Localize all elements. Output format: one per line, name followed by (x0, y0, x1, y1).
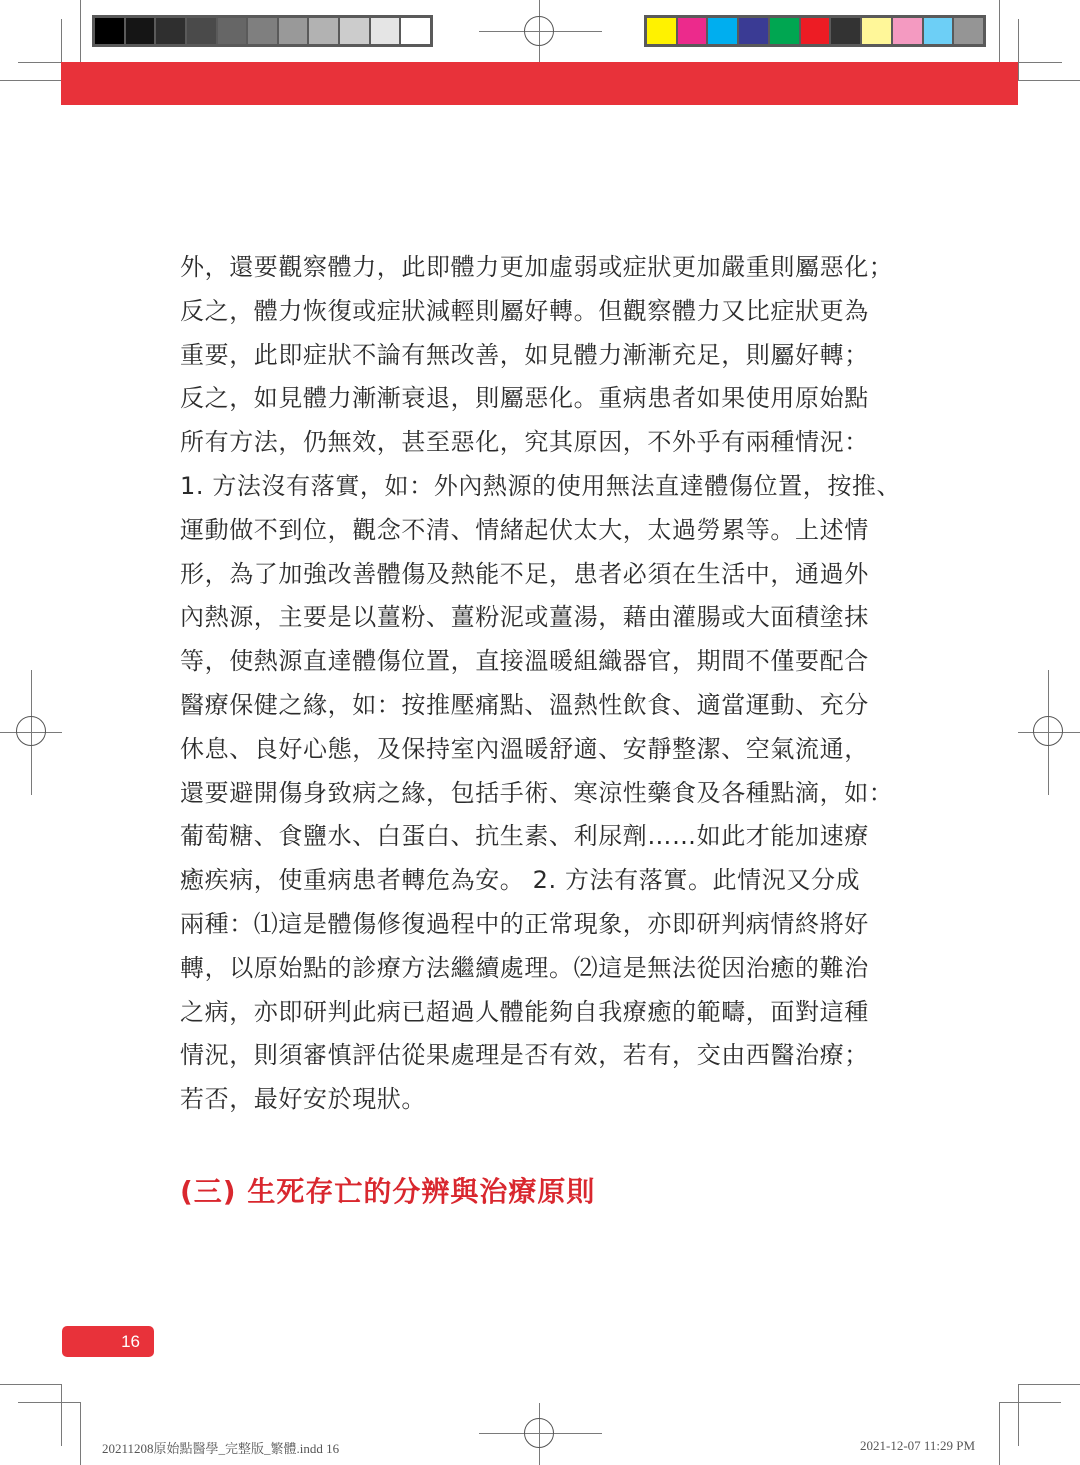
crop-mark-top-right-inner-vertical (1018, 19, 1019, 80)
registration-mark-bottom-icon (524, 1418, 554, 1448)
crop-mark-bottom-left-inner-vertical (80, 1402, 81, 1465)
body-line: 癒疾病，使重病患者轉危為安。 2. 方法有落實。此情況又分成 (180, 859, 902, 903)
color-swatch (218, 18, 247, 44)
crop-mark-bottom-left-horizontal (0, 1384, 62, 1385)
color-swatch (739, 18, 768, 44)
color-swatch (309, 18, 338, 44)
crop-mark-top-left-horizontal (18, 62, 62, 63)
color-swatch (401, 18, 430, 44)
color-swatch (770, 18, 799, 44)
crop-mark-top-right-horizontal (1018, 62, 1062, 63)
body-line: 葡萄糖、食鹽水、白蛋白、抗生素、利尿劑……如此才能加速療 (180, 815, 902, 859)
color-swatch (279, 18, 308, 44)
crop-mark-top-right-vertical (999, 0, 1000, 62)
registration-mark-left-icon (16, 716, 46, 746)
page-number-badge: 16 (62, 1326, 154, 1357)
crop-mark-bottom-left-vertical (61, 1384, 62, 1446)
page-number: 16 (121, 1332, 140, 1352)
crop-mark-bottom-right-vertical (1018, 1384, 1019, 1446)
crop-mark-top-left-inner-horizontal (0, 80, 61, 81)
body-line: 兩種：⑴這是體傷修復過程中的正常現象，亦即研判病情終將好 (180, 903, 902, 947)
body-line: 1. 方法沒有落實，如：外內熱源的使用無法直達體傷位置，按推、 (180, 465, 902, 509)
body-line: 情況，則須審慎評估從果處理是否有效，若有，交由西醫治療； (180, 1034, 902, 1078)
body-line: 外，還要觀察體力，此即體力更加虛弱或症狀更加嚴重則屬惡化； (180, 246, 902, 290)
grayscale-color-bar (92, 15, 433, 47)
color-swatch (678, 18, 707, 44)
body-line: 內熱源，主要是以薑粉、薑粉泥或薑湯，藉由灌腸或大面積塗抹 (180, 596, 902, 640)
color-swatch (95, 18, 124, 44)
crop-mark-top-right-inner-horizontal (1018, 80, 1080, 81)
crop-mark-bottom-right-horizontal (1018, 1384, 1080, 1385)
crop-mark-bottom-left-inner-horizontal (18, 1402, 80, 1403)
crop-mark-top-left-vertical (80, 0, 81, 62)
color-swatch (893, 18, 922, 44)
body-line: 醫療保健之緣，如：按推壓痛點、溫熱性飲食、適當運動、充分 (180, 684, 902, 728)
color-swatch (831, 18, 860, 44)
body-line: 所有方法，仍無效，甚至惡化，究其原因，不外乎有兩種情況： (180, 421, 902, 465)
color-swatch (924, 18, 953, 44)
body-paragraph: 外，還要觀察體力，此即體力更加虛弱或症狀更加嚴重則屬惡化； 反之，體力恢復或症狀… (180, 246, 902, 1122)
color-swatch (708, 18, 737, 44)
body-line: 之病，亦即研判此病已超過人體能夠自我療癒的範疇，面對這種 (180, 991, 902, 1035)
body-line: 轉，以原始點的診療方法繼續處理。⑵這是無法從因治癒的難治 (180, 947, 902, 991)
process-color-bar (644, 15, 986, 47)
body-line: 反之，如見體力漸漸衰退，則屬惡化。重病患者如果使用原始點 (180, 377, 902, 421)
crop-mark-bottom-right-inner-horizontal (999, 1402, 1061, 1403)
slug-filename: 20211208原始點醫學_完整版_繁體.indd 16 (102, 1438, 339, 1457)
body-line: 反之，體力恢復或症狀減輕則屬好轉。但觀察體力又比症狀更為 (180, 290, 902, 334)
slug-timestamp: 2021-12-07 11:29 PM (860, 1438, 975, 1454)
registration-mark-top-icon (524, 16, 554, 46)
body-line: 等，使熱源直達體傷位置，直接溫暖組織器官，期間不僅要配合 (180, 640, 902, 684)
body-line: 重要，此即症狀不論有無改善，如見體力漸漸充足，則屬好轉； (180, 334, 902, 378)
color-swatch (801, 18, 830, 44)
color-swatch (954, 18, 983, 44)
color-swatch (862, 18, 891, 44)
color-swatch (371, 18, 400, 44)
color-swatch (248, 18, 277, 44)
color-swatch (647, 18, 676, 44)
crop-mark-bottom-right-inner-vertical (999, 1402, 1000, 1465)
body-line: 運動做不到位，觀念不清、情緒起伏太大，太過勞累等。上述情 (180, 509, 902, 553)
section-heading: (三) 生死存亡的分辨與治療原則 (180, 1170, 595, 1210)
body-line: 還要避開傷身致病之緣，包括手術、寒涼性藥食及各種點滴，如： (180, 772, 902, 816)
color-swatch (187, 18, 216, 44)
color-swatch (126, 18, 155, 44)
body-line: 若否，最好安於現狀。 (180, 1078, 902, 1122)
color-swatch (156, 18, 185, 44)
registration-mark-right-icon (1033, 716, 1063, 746)
body-line: 休息、良好心態，及保持室內溫暖舒適、安靜整潔、空氣流通， (180, 728, 902, 772)
body-line: 形，為了加強改善體傷及熱能不足，患者必須在生活中，通過外 (180, 553, 902, 597)
color-swatch (340, 18, 369, 44)
header-banner (61, 62, 1018, 105)
